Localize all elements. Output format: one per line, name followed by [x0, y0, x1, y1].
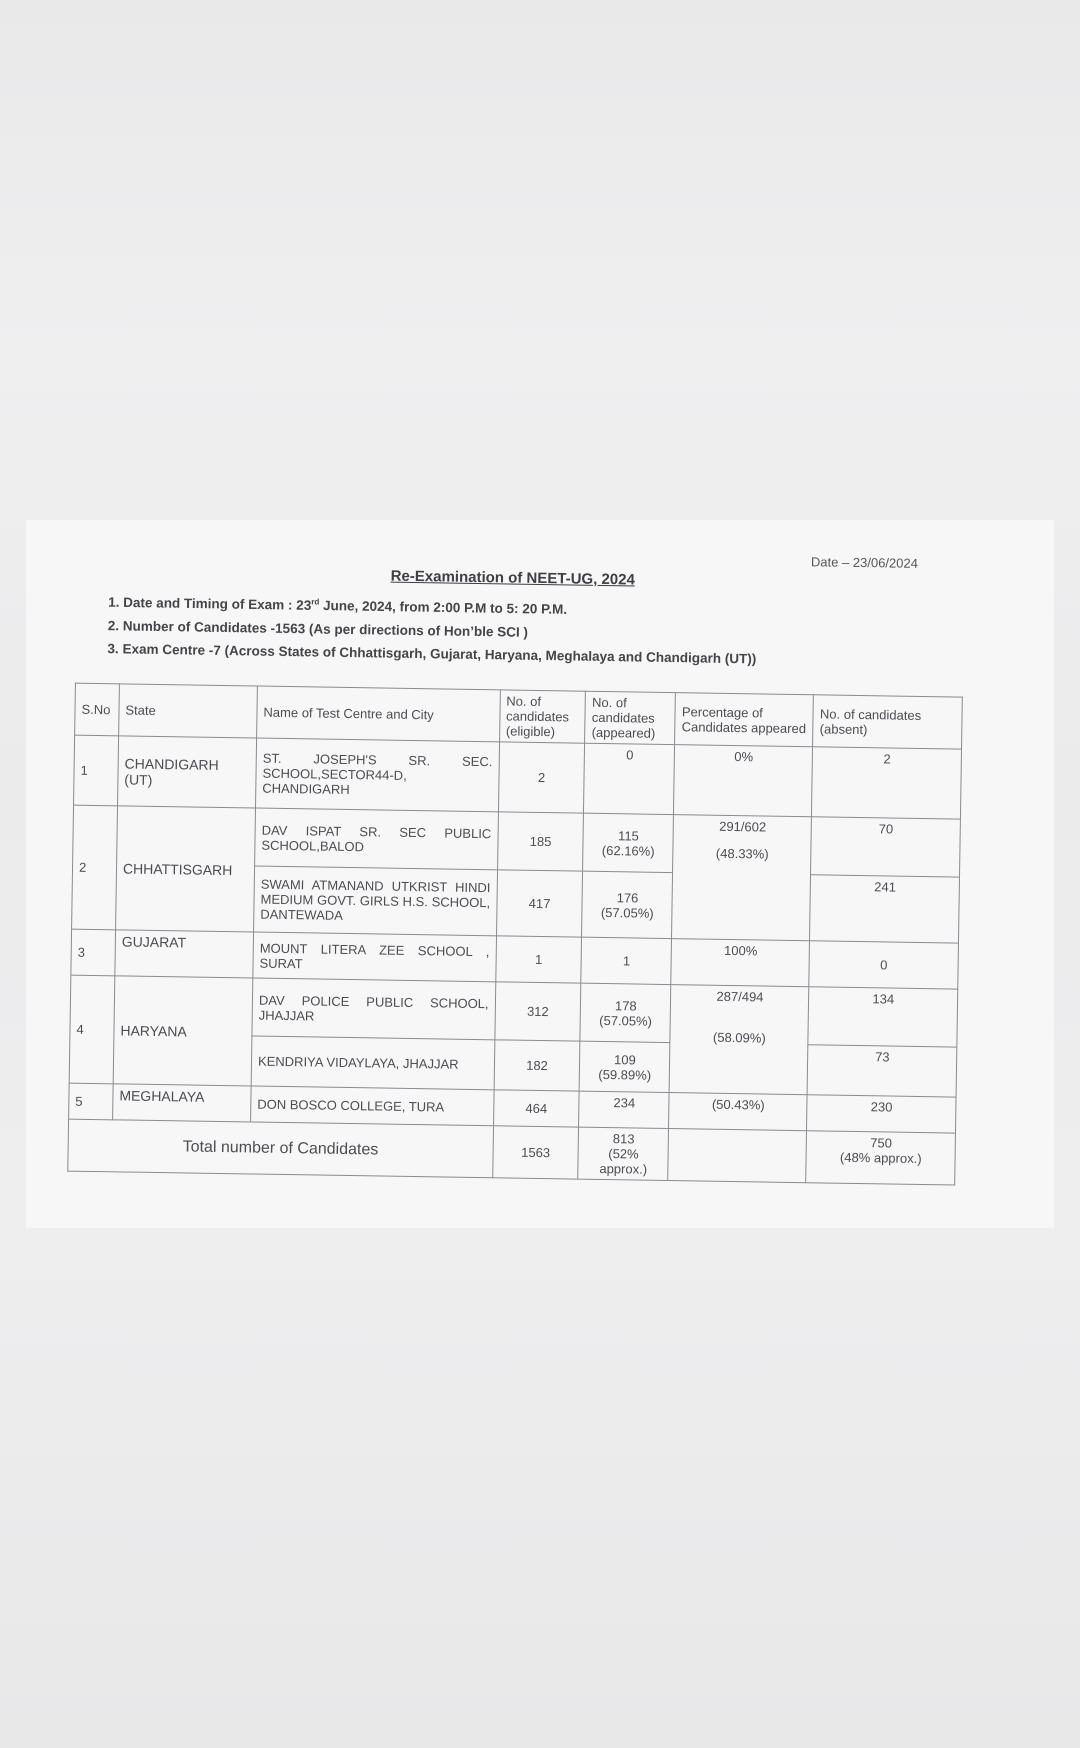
item-text: Date and Timing of Exam : 23: [123, 595, 311, 613]
document-sheet: Date – 23/06/2024 Re-Examination of NEET…: [21, 512, 1060, 1236]
header-appeared: No. of candidates (appeared): [585, 691, 676, 744]
cell-percentage: 287/494 (58.09%): [669, 985, 809, 1095]
cell-absent: 2: [812, 747, 962, 819]
cell-absent: 230: [807, 1095, 956, 1133]
cell-state: MEGHALAYA: [113, 1084, 252, 1122]
exam-details-list: 1. Date and Timing of Exam : 23rd June, …: [107, 587, 757, 670]
percentage-value: (58.09%): [677, 1029, 802, 1046]
header-percentage: Percentage of Candidates appeared: [675, 693, 814, 747]
cell-sno: 1: [74, 735, 119, 806]
appeared-count: 115: [590, 827, 667, 843]
cell-absent: 70: [811, 817, 960, 877]
cell-appeared: 234: [579, 1091, 670, 1128]
cell-centre: KENDRIYA VIDAYLAYA, JHAJJAR: [251, 1036, 494, 1090]
header-sno: S.No: [75, 683, 120, 736]
cell-sno: 2: [72, 805, 118, 930]
total-percentage: [668, 1129, 807, 1183]
document-date: Date – 23/06/2024: [811, 554, 918, 571]
appeared-percent: (62.16%): [590, 842, 667, 858]
cell-state: CHANDIGARH (UT): [117, 736, 256, 808]
header-eligible: No. of candidates (eligible): [499, 690, 586, 743]
document-paper: Date – 23/06/2024 Re-Examination of NEET…: [26, 520, 1054, 1228]
cell-state: GUJARAT: [115, 930, 254, 978]
cell-appeared: 1: [581, 937, 672, 984]
cell-sno: 4: [69, 975, 115, 1084]
cell-eligible: 182: [494, 1040, 581, 1091]
cell-eligible: 312: [495, 982, 582, 1041]
cell-eligible: 417: [496, 870, 583, 937]
appeared-percent: (59.89%): [586, 1066, 663, 1082]
total-appeared: 813 (52% approx.): [578, 1127, 669, 1180]
total-label: Total number of Candidates: [68, 1119, 493, 1178]
total-absent: 750 (48% approx.): [806, 1131, 955, 1185]
cell-centre: DAV POLICE PUBLIC SCHOOL, JHAJJAR: [252, 978, 496, 1040]
item-number: 2.: [108, 618, 119, 633]
appeared-count: 109: [586, 1051, 663, 1067]
cell-absent: 0: [809, 941, 958, 989]
total-eligible: 1563: [492, 1126, 579, 1179]
cell-centre: DON BOSCO COLLEGE, TURA: [251, 1086, 494, 1126]
appeared-count: 178: [587, 997, 664, 1013]
cell-sno: 5: [69, 1083, 113, 1120]
percentage-ratio: 287/494: [677, 988, 802, 1005]
cell-state: CHHATTISGARH: [115, 806, 255, 932]
cell-appeared: 0: [584, 743, 675, 814]
cell-eligible: 1: [495, 936, 581, 983]
cell-absent: 73: [807, 1045, 956, 1097]
item-number: 1.: [108, 595, 119, 610]
exam-centres-table: S.No State Name of Test Centre and City …: [67, 683, 963, 1186]
cell-appeared: 176 (57.05%): [582, 871, 673, 938]
cell-absent: 241: [810, 875, 960, 943]
cell-eligible: 464: [493, 1090, 579, 1127]
cell-appeared: 109 (59.89%): [580, 1041, 671, 1092]
cell-centre: DAV ISPAT SR. SEC PUBLIC SCHOOL,BALOD: [255, 808, 499, 870]
header-centre: Name of Test Centre and City: [257, 686, 500, 742]
percentage-ratio: 291/602: [680, 818, 805, 835]
item-text: Exam Centre -7 (Across States of Chhatti…: [122, 641, 756, 666]
appeared-count: 176: [589, 889, 666, 905]
percentage-value: (48.33%): [680, 845, 805, 862]
total-appeared-count: 813: [585, 1131, 662, 1147]
cell-centre: SWAMI ATMANAND UTKRIST HINDI MEDIUM GOVT…: [254, 866, 498, 936]
appeared-percent: (57.05%): [589, 904, 666, 920]
cell-eligible: 185: [497, 812, 584, 871]
cell-state: HARYANA: [113, 976, 253, 1086]
document-title: Re-Examination of NEET-UG, 2024: [391, 568, 635, 589]
total-absent-percent: (48% approx.): [813, 1149, 949, 1166]
cell-percentage: 0%: [674, 745, 813, 817]
cell-percentage: (50.43%): [669, 1093, 808, 1131]
cell-sno: 3: [71, 929, 116, 976]
cell-appeared: 115 (62.16%): [583, 813, 674, 872]
total-appeared-percent: (52% approx.): [585, 1146, 662, 1177]
cell-eligible: 2: [498, 742, 585, 813]
item-sup: rd: [311, 597, 319, 606]
item-text-after: June, 2024, from 2:00 P.M to 5: 20 P.M.: [319, 598, 567, 617]
header-state: State: [119, 684, 258, 738]
cell-percentage: 291/602 (48.33%): [672, 815, 812, 941]
cell-percentage: 100%: [671, 939, 810, 987]
cell-absent: 134: [808, 987, 957, 1047]
cell-centre: MOUNT LITERA ZEE SCHOOL , SURAT: [253, 932, 496, 982]
cell-centre: ST. JOSEPH'S SR. SEC. SCHOOL,SECTOR44-D,…: [255, 738, 499, 812]
item-text: Number of Candidates -1563 (As per direc…: [123, 618, 528, 639]
header-absent: No. of candidates (absent): [813, 695, 962, 749]
item-number: 3.: [107, 641, 118, 656]
cell-appeared: 178 (57.05%): [580, 983, 671, 1042]
appeared-percent: (57.05%): [587, 1012, 664, 1028]
